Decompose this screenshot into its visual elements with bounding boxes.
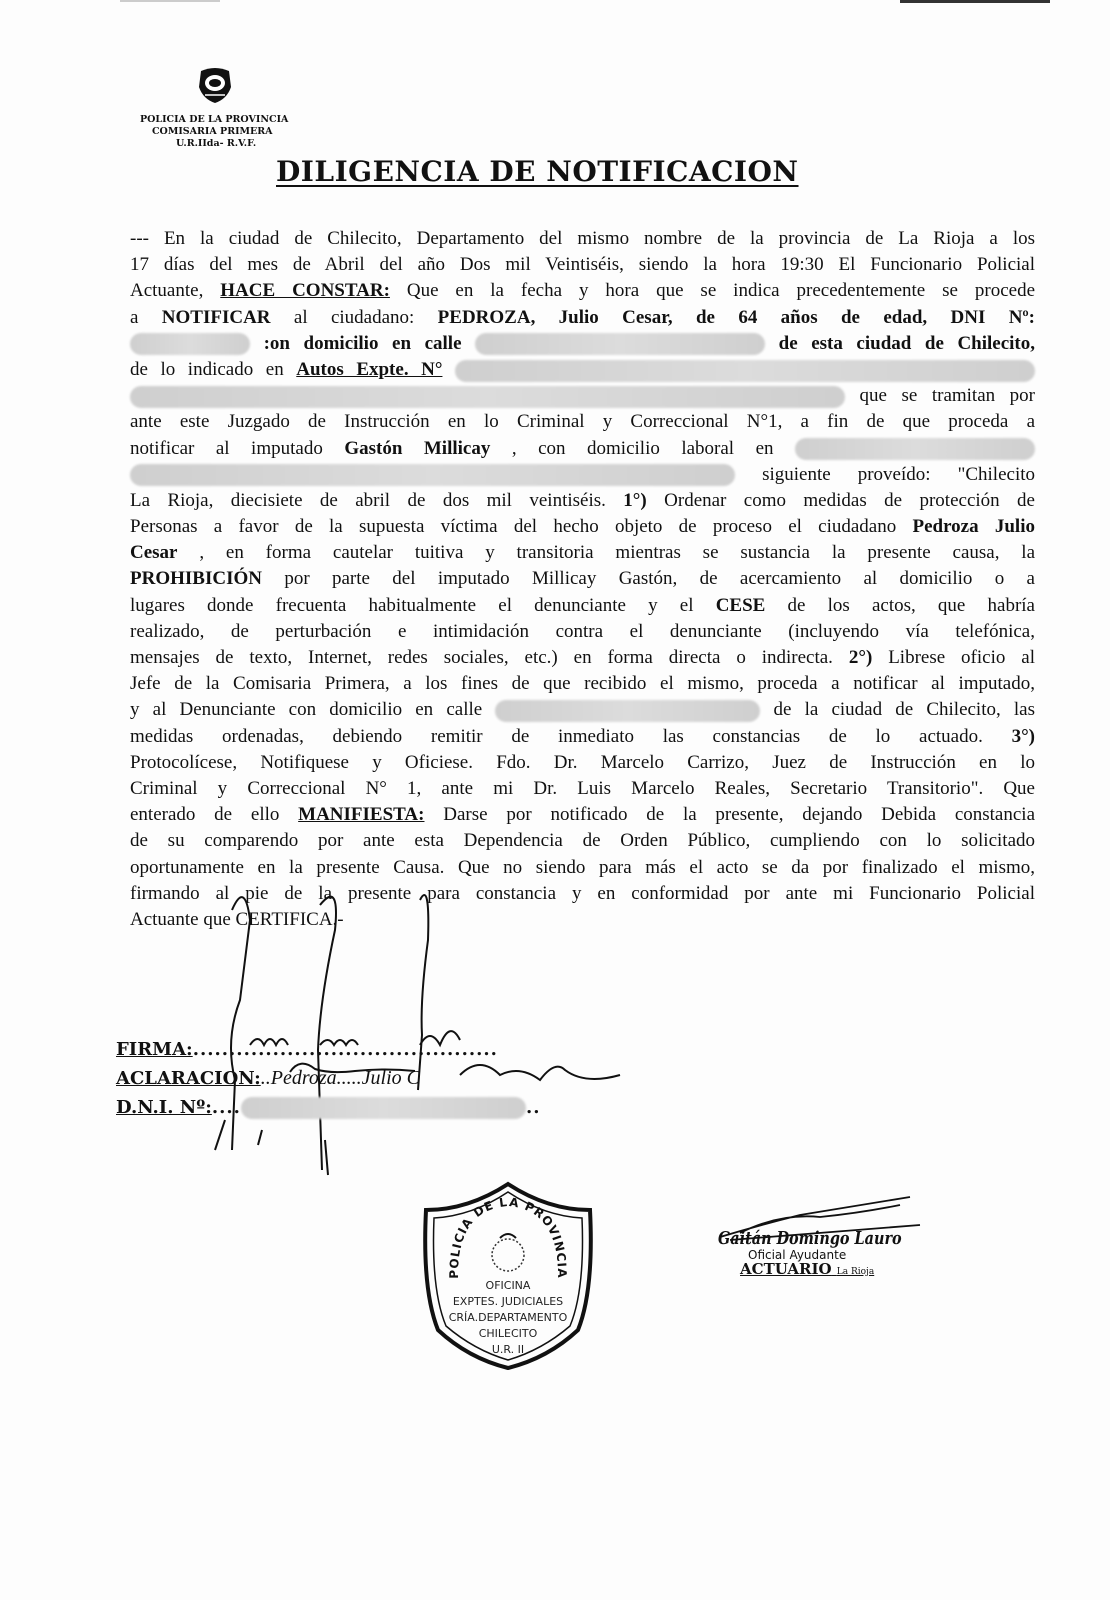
officer-role-suffix: La Rioja — [837, 1267, 874, 1277]
text-segment: que se tramitan por — [860, 385, 1035, 406]
text-segment: de su comparendo por ante esta Dependenc… — [130, 830, 1035, 851]
text-segment: PROHIBICIÓN — [130, 568, 262, 589]
officer-role: ACTUARIO La Rioja — [740, 1261, 920, 1280]
body-line: enterado de ello MANIFIESTA: Darse por n… — [130, 802, 1035, 828]
stamp-line: U.R. II — [418, 1342, 598, 1358]
body-line: --- En la ciudad de Chilecito, Departame… — [130, 226, 1035, 252]
stamp-line: EXPTES. JUDICIALES — [418, 1294, 598, 1310]
body-line: firmando al pie de la presente para cons… — [130, 881, 1035, 907]
firma-row: FIRMA:..................................… — [116, 1035, 540, 1064]
agency-line: POLICIA DE LA PROVINCIA — [140, 114, 288, 126]
text-segment: Gastón Millicay — [344, 438, 490, 459]
redacted-dni — [241, 1097, 526, 1119]
body-line: Criminal y Correccional N° 1, ante mi Dr… — [130, 776, 1035, 802]
body-line: mensajes de texto, Internet, redes socia… — [130, 645, 1035, 671]
text-segment: lugares donde frecuenta habitualmente el… — [130, 595, 716, 616]
dni-label: D.N.I. Nº: — [116, 1097, 212, 1118]
body-line: notificar al imputado Gastón Millicay , … — [130, 436, 1035, 462]
text-segment: , con domicilio laboral en — [512, 438, 795, 459]
body-line: de su comparendo por ante esta Dependenc… — [130, 828, 1035, 854]
text-segment: Ordenar como medidas de protección de — [664, 490, 1035, 511]
stamp-text: OFICINA EXPTES. JUDICIALES CRÍA.DEPARTAM… — [418, 1278, 598, 1358]
text-segment: 1°) — [623, 490, 646, 511]
redacted-field — [130, 333, 250, 355]
dni-dots: .. — [526, 1097, 541, 1118]
text-segment: CESE — [716, 595, 766, 616]
aclaracion-row: ACLARACION:..Pedroza.....Julio C — [116, 1064, 540, 1093]
text-segment: PEDROZA, Julio Cesar, de 64 años de edad… — [438, 307, 1035, 328]
svg-text:POLICIA DE LA PROVINCIA: POLICIA DE LA PROVINCIA — [447, 1195, 569, 1279]
signature-block: FIRMA:..................................… — [116, 1035, 540, 1122]
text-segment: MANIFIESTA: — [298, 804, 424, 825]
body-line: ante este Juzgado de Instrucción en lo C… — [130, 409, 1035, 435]
body-line: y al Denunciante con domicilio en calle … — [130, 697, 1035, 723]
text-segment: a — [130, 307, 162, 328]
agency-line: COMISARIA PRIMERA — [140, 126, 288, 138]
text-segment: 2°) — [849, 647, 872, 668]
text-segment: realizado, de perturbación e intimidació… — [130, 621, 1035, 642]
document-page: POLICIA DE LA PROVINCIA COMISARIA PRIMER… — [0, 0, 1110, 1600]
text-segment: Cesar — [130, 542, 177, 563]
aclaracion-label: ACLARACION: — [116, 1068, 261, 1089]
redacted-field — [795, 438, 1035, 460]
text-segment: mensajes de texto, Internet, redes socia… — [130, 647, 849, 668]
text-segment: firmando al pie de la presente para cons… — [130, 883, 1035, 904]
coat-of-arms-icon — [492, 1239, 524, 1271]
text-segment: Protocolícese, Notifiquese y Oficiese. F… — [130, 752, 1035, 773]
scan-edge-mark — [900, 0, 1050, 3]
text-segment: de esta ciudad de Chilecito, — [779, 333, 1035, 354]
document-title: DILIGENCIA DE NOTIFICACION — [276, 155, 799, 188]
document-body: --- En la ciudad de Chilecito, Departame… — [130, 226, 1035, 933]
text-segment: Jefe de la Comisaria Primera, a los fine… — [130, 673, 1035, 694]
firma-dots: ........................................… — [193, 1039, 498, 1060]
firma-label: FIRMA: — [116, 1039, 193, 1060]
text-segment: al ciudadano: — [294, 307, 438, 328]
body-line: a NOTIFICAR al ciudadano: PEDROZA, Julio… — [130, 305, 1035, 331]
body-line: Actuante que CERTIFICA.- — [130, 907, 1035, 933]
body-line: medidas ordenadas, debiendo remitir de i… — [130, 724, 1035, 750]
body-line: que se tramitan por — [130, 383, 1035, 409]
text-segment: Actuante que CERTIFICA.- — [130, 909, 344, 930]
redacted-field — [475, 333, 765, 355]
body-line: de lo indicado en Autos Expte. N° — [130, 357, 1035, 383]
stamp-line: OFICINA — [418, 1278, 598, 1294]
agency-header: POLICIA DE LA PROVINCIA COMISARIA PRIMER… — [140, 114, 288, 150]
body-line: Personas a favor de la supuesta víctima … — [130, 514, 1035, 540]
body-line: Protocolícese, Notifiquese y Oficiese. F… — [130, 750, 1035, 776]
text-segment: Criminal y Correccional N° 1, ante mi Dr… — [130, 778, 1035, 799]
officer-role-label: ACTUARIO — [740, 1260, 832, 1278]
body-line: 17 días del mes de Abril del año Dos mil… — [130, 252, 1035, 278]
police-crest-icon — [195, 65, 235, 105]
text-segment: Personas a favor de la supuesta víctima … — [130, 516, 912, 537]
redacted-field — [130, 464, 735, 486]
text-segment: siguiente proveído: "Chilecito — [762, 464, 1035, 485]
text-segment: por parte del imputado Millicay Gastón, … — [284, 568, 1035, 589]
text-segment: Que en la fecha y hora que se indica pre… — [407, 280, 1035, 301]
body-line: oportunamente en la presente Causa. Que … — [130, 855, 1035, 881]
stamp-line: CRÍA.DEPARTAMENTO — [418, 1310, 598, 1326]
redacted-field — [495, 700, 760, 722]
redacted-field — [455, 360, 1035, 382]
officer-name: Gaitán Domingo Lauro — [718, 1228, 880, 1249]
text-segment: de lo indicado en — [130, 359, 296, 380]
scan-edge-mark — [120, 0, 220, 2]
body-line: Actuante, HACE CONSTAR: Que en la fecha … — [130, 278, 1035, 304]
text-segment: Librese oficio al — [888, 647, 1035, 668]
acting-officer: Gaitán Domingo Lauro Oficial Ayudante AC… — [700, 1228, 920, 1280]
text-segment: La Rioja, diecisiete de abril de dos mil… — [130, 490, 623, 511]
body-line: La Rioja, diecisiete de abril de dos mil… — [130, 488, 1035, 514]
redacted-field — [130, 386, 845, 408]
body-line: Jefe de la Comisaria Primera, a los fine… — [130, 671, 1035, 697]
dni-row: D.N.I. Nº:...... — [116, 1093, 540, 1122]
text-segment: Autos Expte. N° — [296, 359, 442, 380]
text-segment: enterado de ello — [130, 804, 298, 825]
text-segment: y al Denunciante con domicilio en calle — [130, 699, 495, 720]
text-segment: Darse por notificado de la presente, dej… — [443, 804, 1035, 825]
body-line: lugares donde frecuenta habitualmente el… — [130, 593, 1035, 619]
body-line: PROHIBICIÓN por parte del imputado Milli… — [130, 566, 1035, 592]
text-segment: ante este Juzgado de Instrucción en lo C… — [130, 411, 1035, 432]
text-segment: 17 días del mes de Abril del año Dos mil… — [130, 254, 1035, 275]
text-segment: Pedroza Julio — [912, 516, 1035, 537]
body-line: :on domicilio en calle de esta ciudad de… — [130, 331, 1035, 357]
text-segment: --- En la ciudad de Chilecito, Departame… — [130, 228, 1035, 249]
text-segment: , en forma cautelar tuitiva y transitori… — [199, 542, 1035, 563]
text-segment: :on domicilio en calle — [264, 333, 462, 354]
text-segment: medidas ordenadas, debiendo remitir de i… — [130, 726, 1012, 747]
text-segment: Actuante, — [130, 280, 220, 301]
text-segment: 3°) — [1012, 726, 1035, 747]
dni-dots: .... — [212, 1097, 241, 1118]
body-line: realizado, de perturbación e intimidació… — [130, 619, 1035, 645]
stamp-arc-text: POLICIA DE LA PROVINCIA — [447, 1195, 569, 1279]
text-segment: notificar al imputado — [130, 438, 344, 459]
text-segment: de la ciudad de Chilecito, las — [774, 699, 1036, 720]
body-line: siguiente proveído: "Chilecito — [130, 462, 1035, 488]
agency-line: U.R.IIda- R.V.F. — [140, 138, 288, 150]
text-segment: de los actos, que habría — [788, 595, 1036, 616]
text-segment: NOTIFICAR — [162, 307, 271, 328]
text-segment: oportunamente en la presente Causa. Que … — [130, 857, 1035, 878]
aclaracion-handwritten: ..Pedroza.....Julio C — [261, 1067, 420, 1089]
stamp-line: CHILECITO — [418, 1326, 598, 1342]
body-line: Cesar , en forma cautelar tuitiva y tran… — [130, 540, 1035, 566]
text-segment: HACE CONSTAR: — [220, 280, 390, 301]
